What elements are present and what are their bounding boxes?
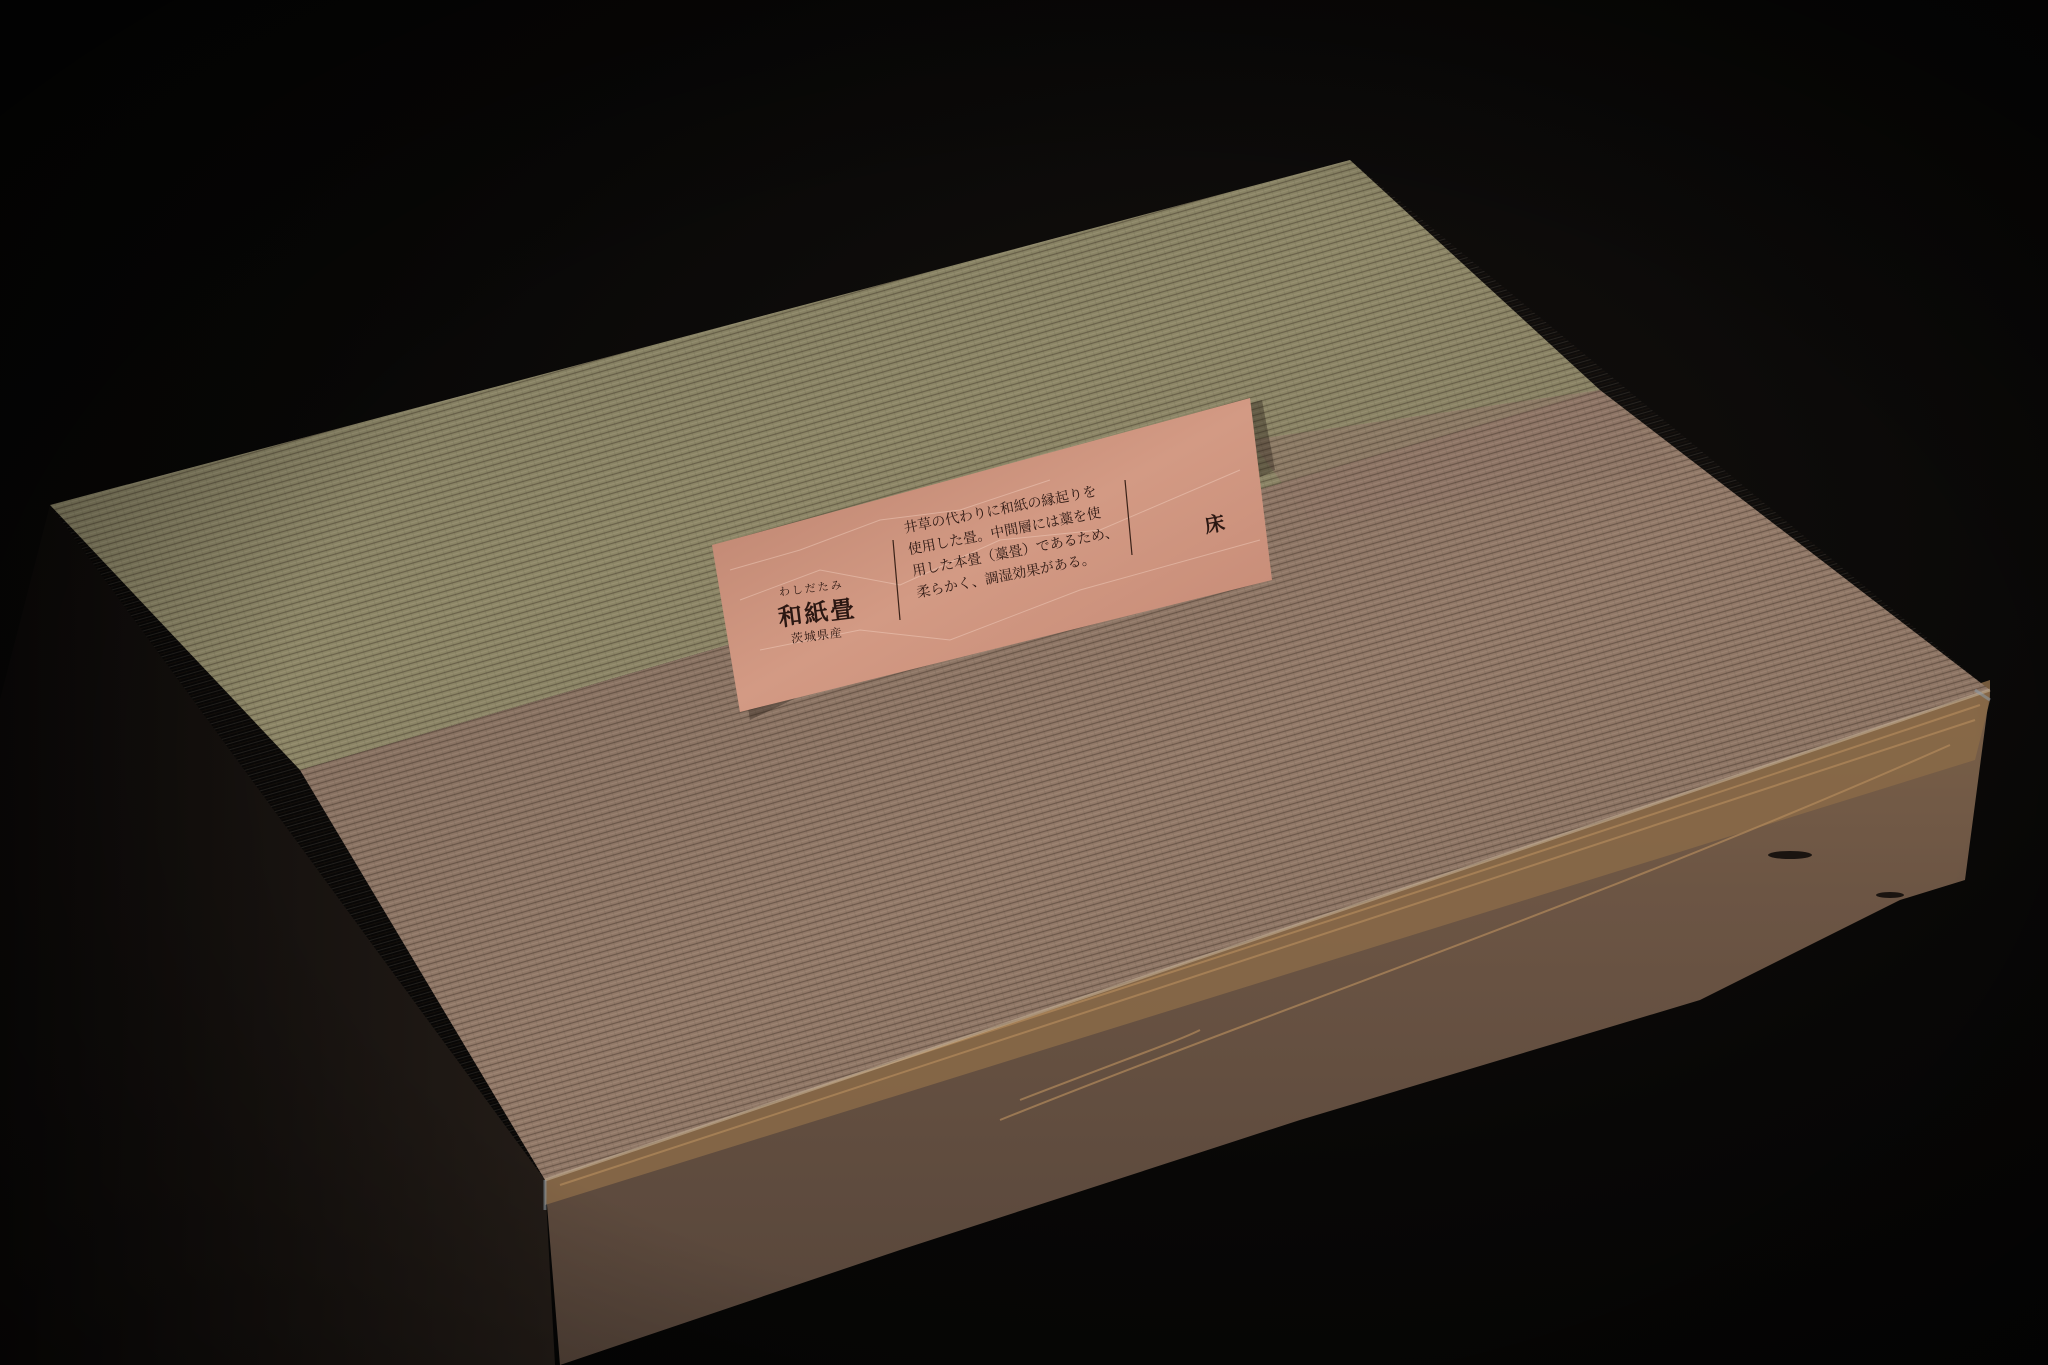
tatami-photo xyxy=(0,0,2048,1365)
photo-scene: わしだたみ 和紙畳 茨城県産 井草の代わりに和紙の縁起りを 使用した畳。中間層に… xyxy=(0,0,2048,1365)
